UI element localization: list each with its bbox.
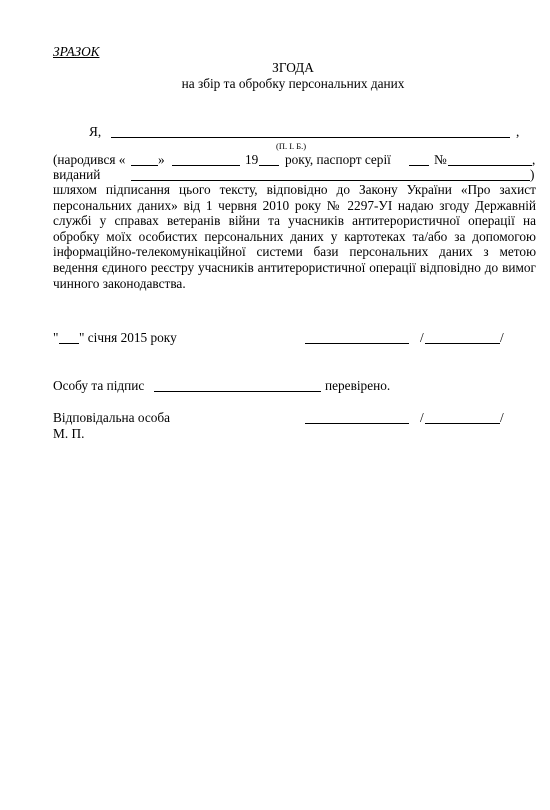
passport-series-field[interactable]	[409, 165, 429, 166]
slash-open-2: /	[420, 410, 424, 426]
verified-prefix: Особу та підпис	[53, 378, 144, 394]
issued-label: виданий	[53, 167, 100, 183]
slash-close: /	[500, 330, 504, 346]
i-label: Я,	[89, 124, 101, 140]
signature-field[interactable]	[305, 343, 409, 344]
born-close-quote: »	[158, 152, 165, 168]
slash-close-2: /	[500, 410, 504, 426]
verified-suffix: перевірено.	[325, 378, 390, 394]
birth-month-field[interactable]	[172, 165, 240, 166]
comma-2: ,	[532, 152, 535, 168]
document-title: ЗГОДА	[0, 60, 550, 76]
close-paren: )	[530, 167, 534, 183]
name-hint: (П. І. Б.)	[276, 141, 306, 151]
responsible-person-label: Відповідальна особа	[53, 410, 170, 426]
date-quote-open: "	[53, 330, 58, 346]
full-name-field[interactable]	[111, 137, 510, 138]
passport-series-label: року, паспорт серії	[285, 152, 391, 168]
number-sign: №	[434, 152, 447, 168]
comma: ,	[516, 124, 519, 140]
year-prefix: 19	[245, 152, 258, 168]
sample-label: ЗРАЗОК	[53, 44, 100, 60]
document-subtitle: на збір та обробку персональних даних	[0, 76, 550, 92]
signature-name-field[interactable]	[425, 343, 500, 344]
stamp-place-label: М. П.	[53, 426, 84, 442]
slash-open: /	[420, 330, 424, 346]
born-label: (народився «	[53, 152, 125, 168]
responsible-name-field[interactable]	[425, 423, 500, 424]
issued-by-field[interactable]	[131, 180, 530, 181]
date-text: " січня 2015 року	[79, 330, 177, 346]
passport-number-field[interactable]	[448, 165, 532, 166]
birth-day-field[interactable]	[131, 165, 158, 166]
birth-year-field[interactable]	[259, 165, 279, 166]
consent-text: шляхом підписання цього тексту, відповід…	[53, 182, 536, 291]
responsible-signature-field[interactable]	[305, 423, 409, 424]
date-day-field[interactable]	[59, 343, 79, 344]
verifier-signature-field[interactable]	[154, 391, 321, 392]
